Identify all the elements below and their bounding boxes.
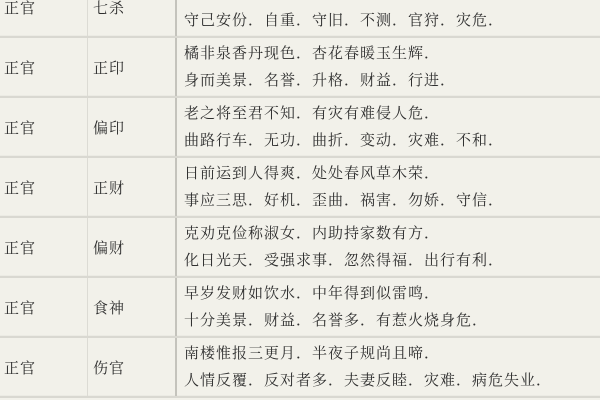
table-row: 正官 偏财 克劝克俭称淑女．内助持家数有方． 化日光天．受强求事．忽然得福．出行…: [0, 217, 600, 277]
verse-line: 橘非泉香丹现色．杏花春暖玉生辉．: [184, 40, 600, 67]
verse-line: 早岁发财如饮水．中年得到似雷鸣．: [184, 280, 600, 307]
description-cell: 老之将至君不知．有灾有难侵人危． 曲路行车．无功．曲折．变动．灾难．不和．: [176, 97, 600, 157]
table-row: 正官 食神 早岁发财如饮水．中年得到似雷鸣． 十分美景．财益．名誉多．有惹火烧身…: [0, 277, 600, 337]
main-star-cell: 正官: [0, 217, 88, 277]
main-star-cell: 正官: [0, 337, 88, 397]
table-row: 正官 七杀 出偏水源多险走．求有为中不动行． 守己安份．自重．守旧．不测．官狩．…: [0, 0, 600, 37]
paired-star-cell: 正印: [88, 37, 177, 97]
ten-gods-fortune-table: 正官 七杀 出偏水源多险走．求有为中不动行． 守己安份．自重．守旧．不测．官狩．…: [0, 0, 600, 398]
description-cell: 出偏水源多险走．求有为中不动行． 守己安份．自重．守旧．不测．官狩．灾危．: [176, 0, 600, 37]
paired-star-cell: 偏财: [88, 217, 177, 277]
keywords-line: 守己安份．自重．守旧．不测．官狩．灾危．: [184, 7, 600, 34]
table-row: 正官 正财 日前运到人得爽．处处春风草木荣． 事应三思．好机．歪曲．祸害．勿娇．…: [0, 157, 600, 217]
main-star-cell: 正官: [0, 157, 88, 217]
keywords-line: 身而美景．名誉．升格．财益．行进．: [184, 67, 600, 94]
description-cell: 南楼惟报三更月．半夜子规尚且啼． 人情反覆．反对者多．夫妻反睦．灾难．病危失业．: [176, 337, 600, 397]
paired-star-cell: 正财: [88, 157, 177, 217]
description-cell: 橘非泉香丹现色．杏花春暖玉生辉． 身而美景．名誉．升格．财益．行进．: [176, 37, 600, 97]
keywords-line: 化日光天．受强求事．忽然得福．出行有利．: [184, 247, 600, 274]
description-cell: 日前运到人得爽．处处春风草木荣． 事应三思．好机．歪曲．祸害．勿娇．守信．: [176, 157, 600, 217]
table-row: 正官 偏印 老之将至君不知．有灾有难侵人危． 曲路行车．无功．曲折．变动．灾难．…: [0, 97, 600, 157]
description-cell: 克劝克俭称淑女．内助持家数有方． 化日光天．受强求事．忽然得福．出行有利．: [176, 217, 600, 277]
keywords-line: 曲路行车．无功．曲折．变动．灾难．不和．: [184, 127, 600, 154]
verse-line: 老之将至君不知．有灾有难侵人危．: [184, 100, 600, 127]
table-row: 正官 正印 橘非泉香丹现色．杏花春暖玉生辉． 身而美景．名誉．升格．财益．行进．: [0, 37, 600, 97]
verse-line: 南楼惟报三更月．半夜子规尚且啼．: [184, 340, 600, 367]
description-cell: 早岁发财如饮水．中年得到似雷鸣． 十分美景．财益．名誉多．有惹火烧身危．: [176, 277, 600, 337]
main-star-cell: 正官: [0, 37, 88, 97]
main-star-cell: 正官: [0, 0, 88, 37]
paired-star-cell: 七杀: [88, 0, 177, 37]
verse-line: 克劝克俭称淑女．内助持家数有方．: [184, 220, 600, 247]
paired-star-cell: 伤官: [88, 337, 177, 397]
keywords-line: 十分美景．财益．名誉多．有惹火烧身危．: [184, 307, 600, 334]
verse-line: 日前运到人得爽．处处春风草木荣．: [184, 160, 600, 187]
table-row: 正官 伤官 南楼惟报三更月．半夜子规尚且啼． 人情反覆．反对者多．夫妻反睦．灾难…: [0, 337, 600, 397]
paired-star-cell: 食神: [88, 277, 177, 337]
verse-line: 出偏水源多险走．求有为中不动行．: [184, 0, 600, 7]
keywords-line: 人情反覆．反对者多．夫妻反睦．灾难．病危失业．: [184, 367, 600, 394]
keywords-line: 事应三思．好机．歪曲．祸害．勿娇．守信．: [184, 187, 600, 214]
main-star-cell: 正官: [0, 277, 88, 337]
document-viewport: 正官 七杀 出偏水源多险走．求有为中不动行． 守己安份．自重．守旧．不测．官狩．…: [0, 0, 600, 400]
paired-star-cell: 偏印: [88, 97, 177, 157]
main-star-cell: 正官: [0, 97, 88, 157]
